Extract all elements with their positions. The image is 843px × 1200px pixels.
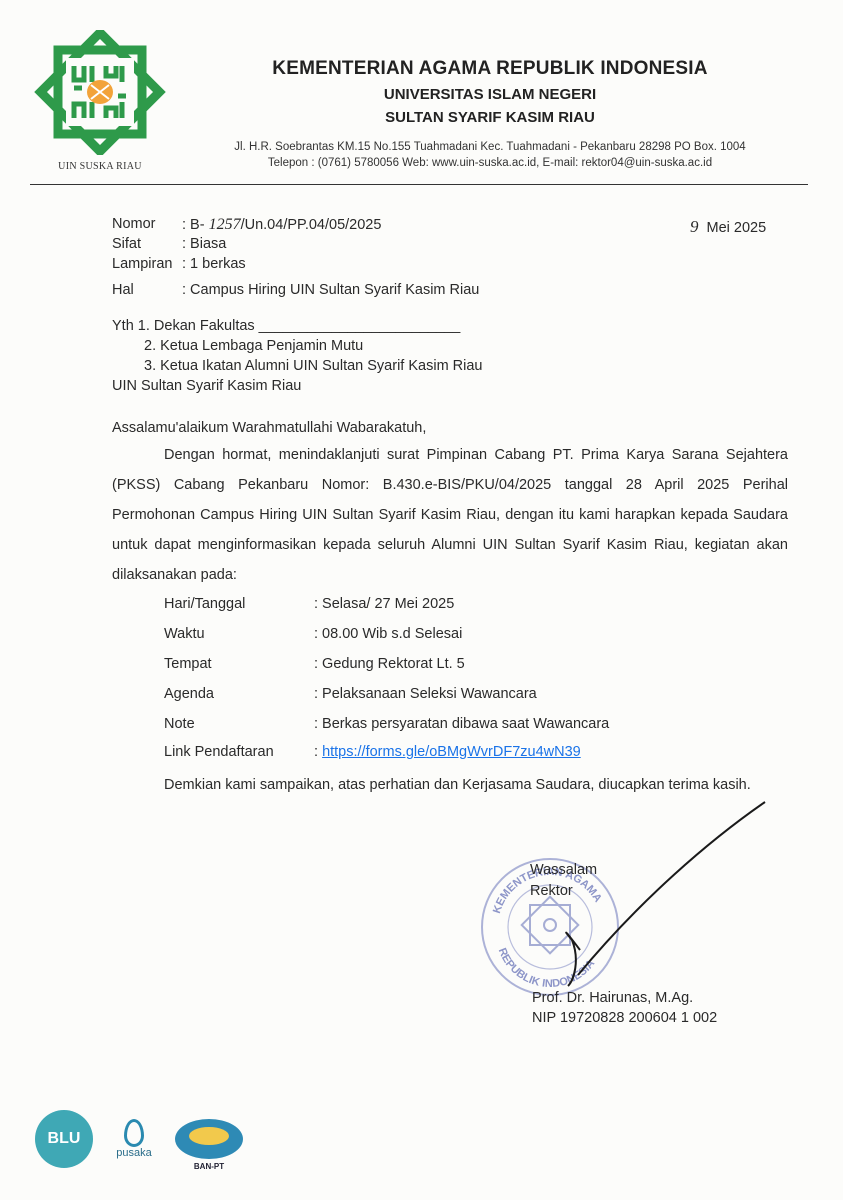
- lampiran-value: : 1 berkas: [182, 256, 246, 272]
- nomor-handwritten: 1257: [209, 216, 241, 233]
- detail-value-link: : https://forms.gle/oBMgWvrDF7zu4wN39: [314, 744, 581, 760]
- date-month-year: Mei 2025: [707, 220, 767, 236]
- banpt-logo-text: BAN-PT: [194, 1162, 224, 1171]
- recipient-line3: 3. Ketua Ikatan Alumni UIN Sultan Syarif…: [144, 358, 483, 374]
- blu-logo-text: BLU: [48, 1130, 81, 1148]
- ministry-heading: KEMENTERIAN AGAMA REPUBLIK INDONESIA: [200, 58, 780, 80]
- detail-value-agenda: : Pelaksanaan Seleksi Wawancara: [314, 686, 537, 702]
- registration-link[interactable]: https://forms.gle/oBMgWvrDF7zu4wN39: [322, 744, 581, 760]
- banpt-logo-icon: BAN-PT: [175, 1119, 243, 1159]
- university-heading-line2: SULTAN SYARIF KASIM RIAU: [200, 109, 780, 126]
- salutation: Wassalam: [530, 862, 597, 878]
- hal-label: Hal: [112, 282, 134, 298]
- logo-caption: UIN SUSKA RIAU: [38, 161, 162, 172]
- university-logo-icon: [30, 30, 170, 155]
- recipient-line2: 2. Ketua Lembaga Penjamin Mutu: [144, 338, 363, 354]
- sifat-label: Sifat: [112, 236, 141, 252]
- footer-logos: BLU pusaka BAN-PT: [35, 1110, 243, 1168]
- letterhead-divider: [30, 184, 808, 185]
- detail-label-date: Hari/Tanggal: [164, 596, 245, 612]
- lampiran-label: Lampiran: [112, 256, 172, 272]
- detail-label-link: Link Pendaftaran: [164, 744, 274, 760]
- body-paragraph: Dengan hormat, menindaklanjuti surat Pim…: [112, 440, 788, 590]
- detail-label-note: Note: [164, 716, 195, 732]
- signatory-name: Prof. Dr. Hairunas, M.Ag.: [532, 990, 693, 1006]
- signatory-nip: NIP 19720828 200604 1 002: [532, 1010, 717, 1026]
- detail-label-place: Tempat: [164, 656, 212, 672]
- date-day: 9: [690, 217, 699, 236]
- detail-label-time: Waktu: [164, 626, 205, 642]
- pusaka-logo-icon: pusaka: [109, 1119, 159, 1159]
- nomor-value: : B- 1257/Un.04/PP.04/05/2025: [182, 216, 381, 234]
- recipient-line4: UIN Sultan Syarif Kasim Riau: [112, 378, 301, 394]
- signatory-title: Rektor: [530, 883, 573, 899]
- nomor-prefix: : B-: [182, 217, 209, 233]
- nomor-label: Nomor: [112, 216, 156, 232]
- university-heading-line1: UNIVERSITAS ISLAM NEGERI: [200, 86, 780, 103]
- recipient-line1: Yth 1. Dekan Fakultas __________________…: [112, 318, 460, 334]
- nomor-suffix: /Un.04/PP.04/05/2025: [241, 217, 382, 233]
- greeting: Assalamu'alaikum Warahmatullahi Wabaraka…: [112, 420, 426, 436]
- address-line: Jl. H.R. Soebrantas KM.15 No.155 Tuahmad…: [190, 141, 790, 153]
- link-colon: :: [314, 744, 322, 760]
- letter-date: 9Mei 2025: [690, 217, 766, 237]
- blu-logo-icon: BLU: [35, 1110, 93, 1168]
- pusaka-logo-text: pusaka: [116, 1147, 151, 1159]
- signature-scribble-icon: [560, 800, 770, 990]
- detail-label-agenda: Agenda: [164, 686, 214, 702]
- contact-line: Telepon : (0761) 5780056 Web: www.uin-su…: [190, 157, 790, 169]
- detail-value-note: : Berkas persyaratan dibawa saat Wawanca…: [314, 716, 609, 732]
- hal-value: : Campus Hiring UIN Sultan Syarif Kasim …: [182, 282, 479, 298]
- detail-value-time: : 08.00 Wib s.d Selesai: [314, 626, 462, 642]
- closing-paragraph: Demkian kami sampaikan, atas perhatian d…: [112, 770, 788, 800]
- detail-value-place: : Gedung Rektorat Lt. 5: [314, 656, 465, 672]
- sifat-value: : Biasa: [182, 236, 226, 252]
- detail-value-date: : Selasa/ 27 Mei 2025: [314, 596, 454, 612]
